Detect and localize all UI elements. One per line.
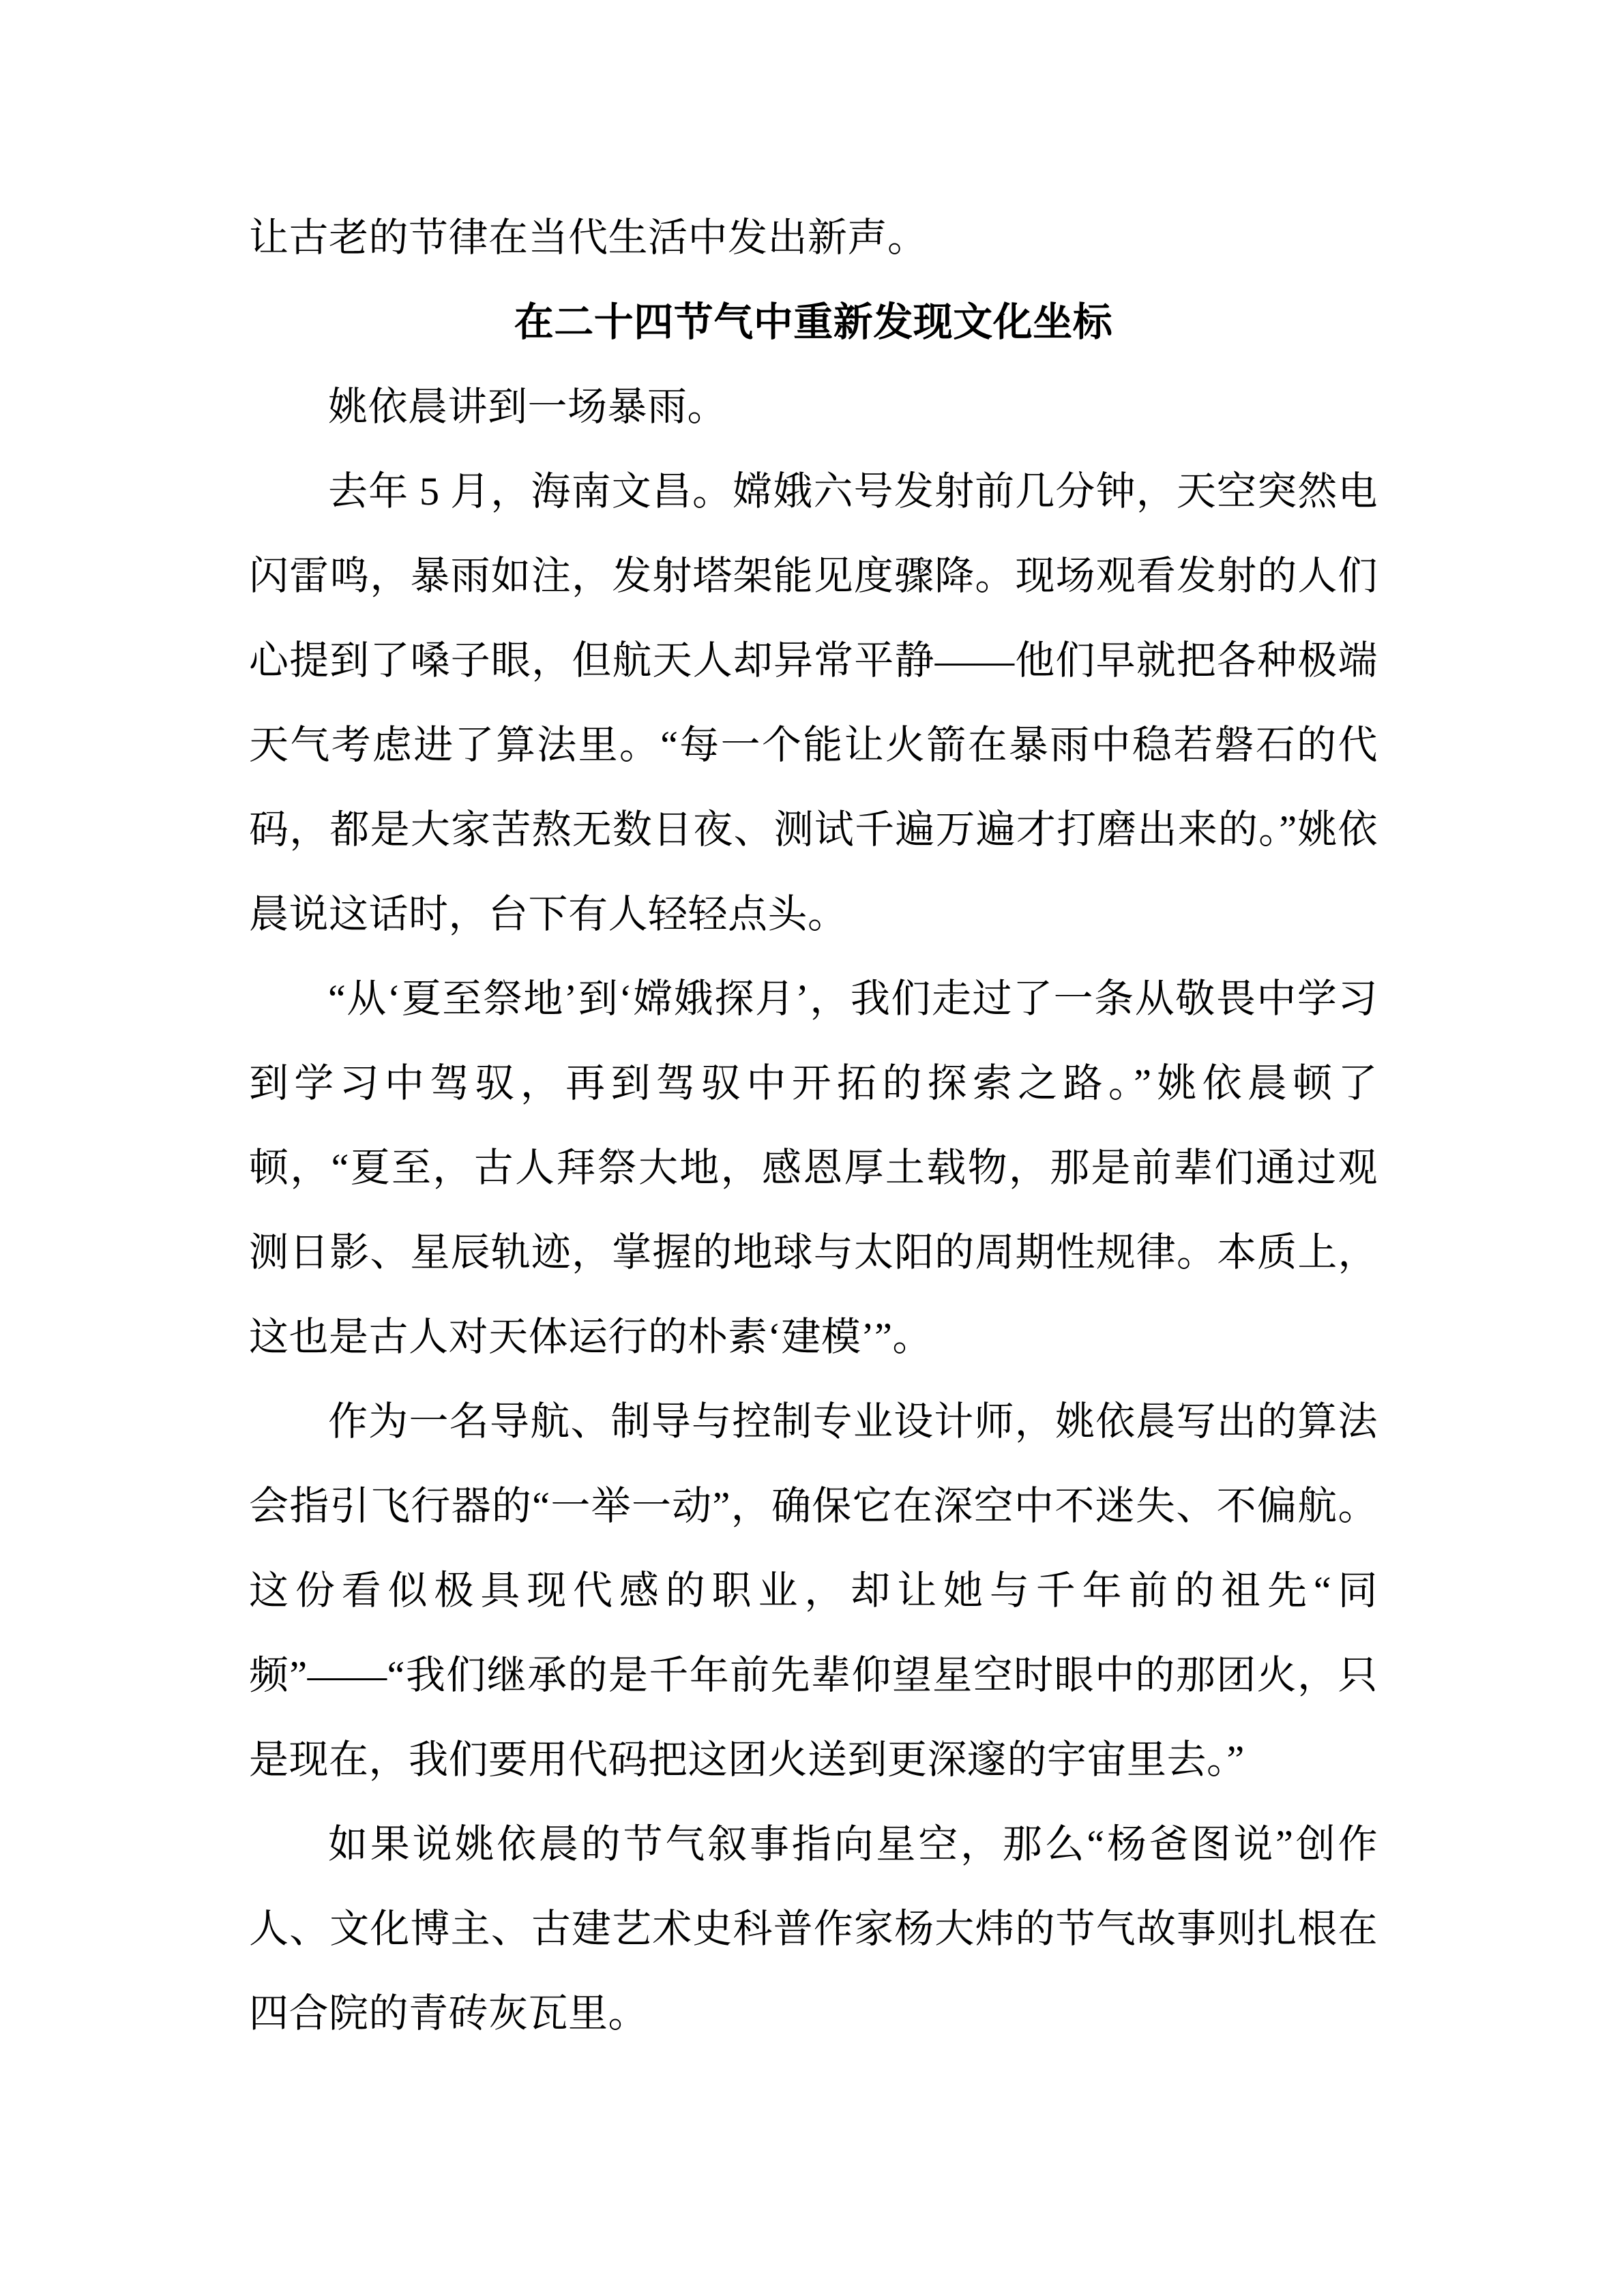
- document-page: 让古老的节律在当代生活中发出新声。 在二十四节气中重新发现文化坐标 姚依晨讲到一…: [0, 0, 1624, 2296]
- paragraph-3: “从‘夏至祭地’到‘嫦娥探月’，我们走过了一条从敬畏中学习到学习中驾驭，再到驾驭…: [249, 957, 1378, 1380]
- paragraph-1: 姚依晨讲到一场暴雨。: [249, 365, 1378, 449]
- document-content: 让古老的节律在当代生活中发出新声。 在二十四节气中重新发现文化坐标 姚依晨讲到一…: [249, 196, 1378, 2056]
- intro-continuation-line: 让古老的节律在当代生活中发出新声。: [249, 196, 1378, 280]
- section-heading: 在二十四节气中重新发现文化坐标: [249, 280, 1378, 365]
- paragraph-2: 去年 5 月，海南文昌。嫦娥六号发射前几分钟，天空突然电闪雷鸣，暴雨如注，发射塔…: [249, 449, 1378, 957]
- paragraph-4: 作为一名导航、制导与控制专业设计师，姚依晨写出的算法会指引飞行器的“一举一动”，…: [249, 1380, 1378, 1802]
- paragraph-5: 如果说姚依晨的节气叙事指向星空，那么“杨爸图说”创作人、文化博主、古建艺术史科普…: [249, 1802, 1378, 2056]
